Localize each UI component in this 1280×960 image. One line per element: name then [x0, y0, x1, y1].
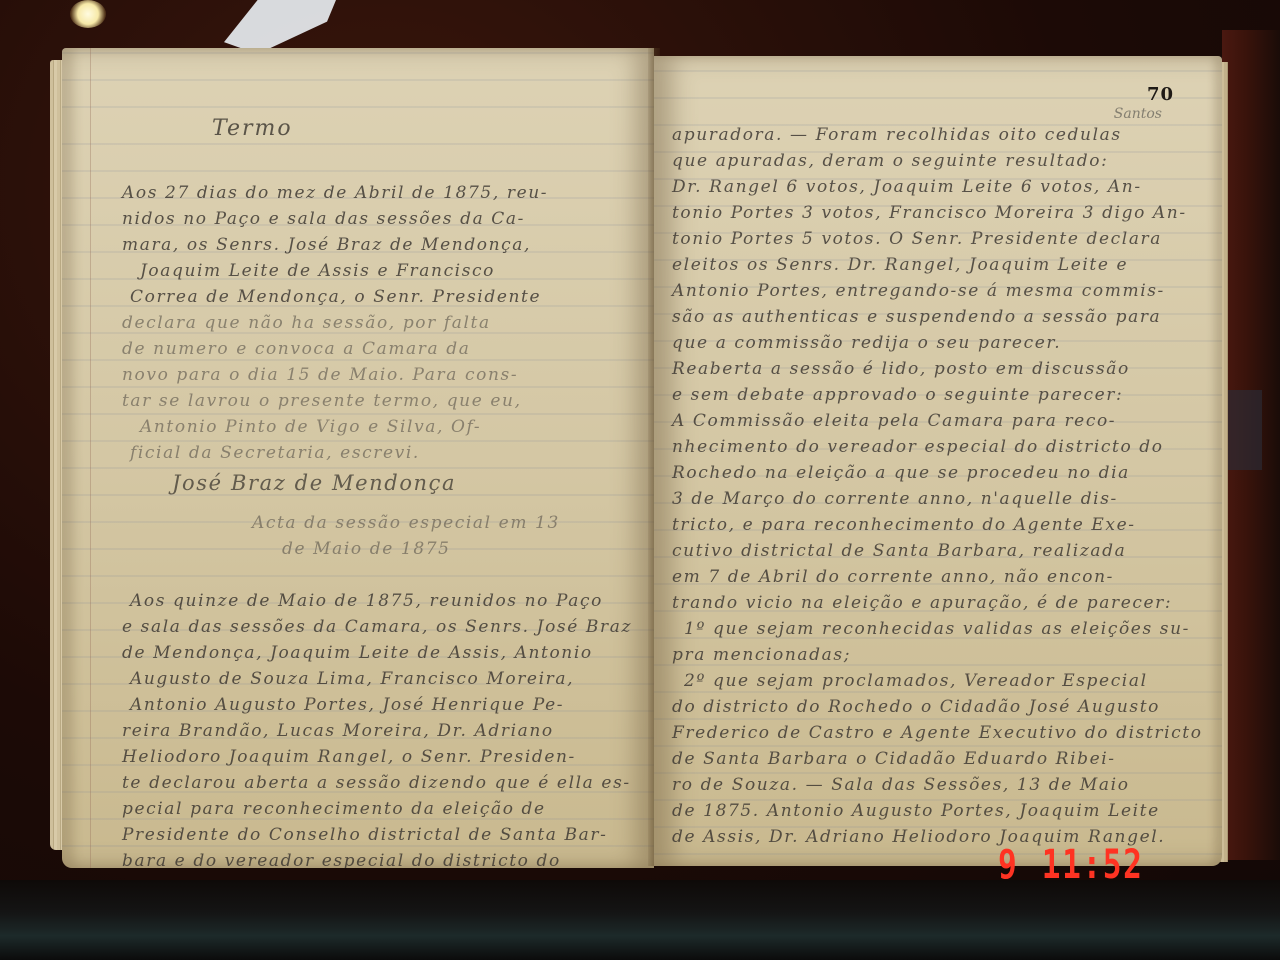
- manuscript-line: trando vicio na eleição e apuração, é de…: [672, 590, 1172, 616]
- manuscript-line: 2º que sejam proclamados, Vereador Espec…: [684, 668, 1148, 694]
- session-title-line: Acta da sessão especial em 13: [252, 510, 560, 536]
- manuscript-line: tar se lavrou o presente termo, que eu,: [122, 388, 522, 414]
- manuscript-line: em 7 de Abril do corrente anno, não enco…: [672, 564, 1114, 590]
- manuscript-line: A Commissão eleita pela Camara para reco…: [672, 408, 1116, 434]
- manuscript-line: Augusto de Souza Lima, Francisco Moreira…: [130, 666, 574, 692]
- manuscript-line: Frederico de Castro e Agente Executivo d…: [672, 720, 1203, 746]
- manuscript-line: Antonio Augusto Portes, José Henrique Pe…: [130, 692, 564, 718]
- manuscript-line: pra mencionadas;: [672, 642, 851, 668]
- manuscript-line: de numero e convoca a Camara da: [122, 336, 470, 362]
- manuscript-line: ro de Souza. — Sala das Sessões, 13 de M…: [672, 772, 1130, 798]
- manuscript-line: pecial para reconhecimento da eleição de: [122, 796, 546, 822]
- manuscript-line: Correa de Mendonça, o Senr. Presidente: [130, 284, 541, 310]
- corner-note: Santos: [1114, 106, 1162, 122]
- manuscript-line: que a commissão redija o seu parecer.: [672, 330, 1061, 356]
- manuscript-line: cutivo districtal de Santa Barbara, real…: [672, 538, 1126, 564]
- manuscript-line: de Santa Barbara o Cidadão Eduardo Ribei…: [672, 746, 1116, 772]
- manuscript-line: que apuradas, deram o seguinte resultado…: [672, 148, 1108, 174]
- manuscript-line: do districto do Rochedo o Cidadão José A…: [672, 694, 1160, 720]
- manuscript-line: Presidente do Conselho districtal de San…: [122, 822, 607, 848]
- right-page: 70 Santos apuradora. — Foram recolhidas …: [654, 56, 1222, 866]
- signature: José Braz de Mendonça: [172, 470, 456, 496]
- manuscript-line: eleitos os Senrs. Dr. Rangel, Joaquim Le…: [672, 252, 1128, 278]
- manuscript-line: bara e do vereador especial do districto…: [122, 848, 561, 868]
- manuscript-line: Antonio Portes, entregando-se á mesma co…: [672, 278, 1165, 304]
- book-cover-edge: [1222, 30, 1280, 860]
- term-heading: Termo: [212, 116, 293, 141]
- manuscript-line: Aos 27 dias do mez de Abril de 1875, reu…: [122, 180, 548, 206]
- manuscript-line: Reaberta a sessão é lido, posto em discu…: [672, 356, 1130, 382]
- margin-rule: [90, 48, 91, 868]
- manuscript-line: apuradora. — Foram recolhidas oito cedul…: [672, 122, 1122, 148]
- manuscript-line: de Mendonça, Joaquim Leite de Assis, Ant…: [122, 640, 593, 666]
- camera-timestamp: 911:52: [998, 842, 1143, 888]
- session-title-line: de Maio de 1875: [282, 536, 451, 562]
- display-case-base: [0, 880, 1280, 960]
- left-page: Termo Aos 27 dias do mez de Abril de 187…: [62, 48, 654, 868]
- manuscript-line: e sem debate approvado o seguinte parece…: [672, 382, 1123, 408]
- manuscript-line: tonio Portes 3 votos, Francisco Moreira …: [672, 200, 1187, 226]
- manuscript-line: de 1875. Antonio Augusto Portes, Joaquim…: [672, 798, 1160, 824]
- manuscript-line: novo para o dia 15 de Maio. Para cons-: [122, 362, 518, 388]
- manuscript-line: tricto, e para reconhecimento do Agente …: [672, 512, 1136, 538]
- manuscript-line: e sala das sessões da Camara, os Senrs. …: [122, 614, 632, 640]
- lamp-light-glare: [70, 0, 106, 28]
- manuscript-line: mara, os Senrs. José Braz de Mendonça,: [122, 232, 531, 258]
- open-ledger: Termo Aos 27 dias do mez de Abril de 187…: [50, 48, 1230, 868]
- manuscript-line: Antonio Pinto de Vigo e Silva, Of-: [140, 414, 481, 440]
- manuscript-line: declara que não ha sessão, por falta: [122, 310, 491, 336]
- manuscript-line: Dr. Rangel 6 votos, Joaquim Leite 6 voto…: [672, 174, 1142, 200]
- manuscript-line: Rochedo na eleição a que se procedeu no …: [672, 460, 1130, 486]
- manuscript-line: Joaquim Leite de Assis e Francisco: [140, 258, 495, 284]
- manuscript-line: são as authenticas e suspendendo a sessã…: [672, 304, 1161, 330]
- manuscript-line: ficial da Secretaria, escrevi.: [130, 440, 420, 466]
- manuscript-line: Heliodoro Joaquim Rangel, o Senr. Presid…: [122, 744, 576, 770]
- reflection-glare: [224, 0, 336, 54]
- manuscript-line: Aos quinze de Maio de 1875, reunidos no …: [130, 588, 603, 614]
- manuscript-line: 3 de Março do corrente anno, n'aquelle d…: [672, 486, 1118, 512]
- manuscript-line: nidos no Paço e sala das sessões da Ca-: [122, 206, 525, 232]
- manuscript-line: tonio Portes 5 votos. O Senr. Presidente…: [672, 226, 1162, 252]
- manuscript-line: reira Brandão, Lucas Moreira, Dr. Adrian…: [122, 718, 554, 744]
- manuscript-line: te declarou aberta a sessão dizendo que …: [122, 770, 631, 796]
- page-number: 70: [1147, 84, 1174, 105]
- manuscript-line: 1º que sejam reconhecidas validas as ele…: [684, 616, 1190, 642]
- manuscript-line: nhecimento do vereador especial do distr…: [672, 434, 1164, 460]
- timestamp-day: 9: [998, 842, 1018, 888]
- timestamp-time: 11:52: [1042, 842, 1144, 888]
